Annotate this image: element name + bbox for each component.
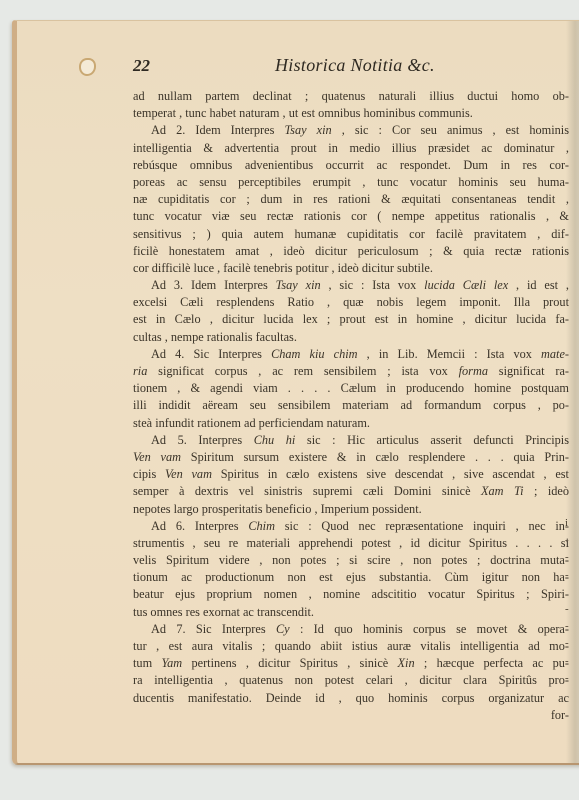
line-text: excelsi Cæli resplendens Ratio , quæ nob… <box>133 295 569 309</box>
italic-term: Cham kiu chim <box>271 347 358 361</box>
line-text: tum <box>133 656 161 670</box>
text-line: est in Cælo , dicitur lucida lex ; prout… <box>133 311 569 328</box>
text-line: Ad 3. Idem Interpres Tsay xin , sic : Is… <box>133 277 569 294</box>
text-line: ducentis manifestatio. Deinde id , quo h… <box>133 690 569 707</box>
line-text: nepotes largo prosperitatis beneficio , … <box>133 502 422 516</box>
line-text: ; ideò <box>524 484 569 498</box>
text-line: intelligentia & advertentia prout in med… <box>133 140 569 157</box>
text-line: cultas , nempe rationalis facultas. <box>133 329 569 346</box>
line-text: intelligentia & advertentia prout in med… <box>133 141 569 155</box>
margin-mark <box>565 584 579 601</box>
margin-mark: - <box>565 532 579 549</box>
line-text: sic : Hic articulus asserit defuncti Pri… <box>295 433 569 447</box>
line-text: tus omnes res exornat ac transcendit. <box>133 605 314 619</box>
line-text: , sic : Ista vox <box>321 278 425 292</box>
text-line: Ad 6. Interpres Chim sic : Quod nec repr… <box>133 518 569 535</box>
text-line: ficilè honestatem amat , ideò dicitur pe… <box>133 243 569 260</box>
line-text: cipis <box>133 467 165 481</box>
line-text: Ad 5. Interpres <box>151 433 254 447</box>
italic-term: Chim <box>248 519 275 533</box>
italic-term: lucida Cæli lex <box>424 278 508 292</box>
text-line: Ven vam Spiritum sursum existere & in cæ… <box>133 449 569 466</box>
line-text: Ad 3. Idem Interpres <box>151 278 276 292</box>
line-text: Spiritum sursum existere & in cælo respl… <box>181 450 569 464</box>
margin-mark: - <box>565 601 579 618</box>
text-line: Ad 2. Idem Interpres Tsay xin , sic : Co… <box>133 122 569 139</box>
text-line: steà infundit rationem ad perficiendam n… <box>133 415 569 432</box>
margin-mark: - <box>565 670 579 687</box>
text-line: temperat , tunc habet naturam , ut est o… <box>133 105 569 122</box>
text-line: tionum ac productionum non est ejus subs… <box>133 569 569 586</box>
line-text: est in Cælo , dicitur lucida lex ; prout… <box>133 312 569 326</box>
italic-term: mate- <box>541 347 569 361</box>
line-text: rebúsque omnibus advenientibus occurrit … <box>133 158 569 172</box>
italic-term: Xin <box>398 656 415 670</box>
text-line: beatur ejus proprium nomen , nomine adsc… <box>133 586 569 603</box>
line-text: illi indidit aëream seu sensibilem mater… <box>133 398 569 412</box>
line-text: sic : Quod nec repræsentatione inquiri ,… <box>275 519 569 533</box>
text-line: rebúsque omnibus advenientibus occurrit … <box>133 157 569 174</box>
line-text: Ad 4. Sic Interpres <box>151 347 271 361</box>
margin-mark: - <box>565 549 579 566</box>
italic-term: Ven vam <box>133 450 181 464</box>
line-text: Ad 6. Interpres <box>151 519 248 533</box>
text-line: ad nullam partem declinat ; quatenus nat… <box>133 88 569 105</box>
text-line: Ad 5. Interpres Chu hi sic : Hic articul… <box>133 432 569 449</box>
line-text: cor difficilè luce , facilè tenebris pot… <box>133 261 433 275</box>
line-text: cultas , nempe rationalis facultas. <box>133 330 297 344</box>
italic-term: Tsay xin <box>276 278 321 292</box>
text-line: sensitivus ; ) quia autem humanæ cupidit… <box>133 226 569 243</box>
margin-mark: - <box>565 635 579 652</box>
text-line: tus omnes res exornat ac transcendit. <box>133 604 569 621</box>
text-line: ra intelligentia , quatenus non potest c… <box>133 672 569 689</box>
margin-mark: i <box>565 515 579 532</box>
line-text: , sic : Cor seu animus , est hominis <box>332 123 569 137</box>
line-text: Ad 7. Sic Interpres <box>151 622 276 636</box>
line-text: beatur ejus proprium nomen , nomine adsc… <box>133 587 569 601</box>
line-text: tunc vocatur viæ seu rectæ rationis cor … <box>133 209 569 223</box>
line-text: pertinens , dicitur Spiritus , sinicè <box>182 656 397 670</box>
text-line: for- <box>133 707 569 724</box>
text-line: ria significat corpus , ac rem sensibile… <box>133 363 569 380</box>
line-text: Ad 2. Idem Interpres <box>151 123 284 137</box>
italic-term: Ven vam <box>165 467 212 481</box>
italic-term: Cy <box>276 622 290 636</box>
margin-mark: - <box>565 618 579 635</box>
line-text: significat corpus , ac rem sensibilem ; … <box>147 364 458 378</box>
body-text: ad nullam partem declinat ; quatenus nat… <box>133 88 569 724</box>
text-line: cipis Ven vam Spiritus in cælo existens … <box>133 466 569 483</box>
line-text: temperat , tunc habet naturam , ut est o… <box>133 106 473 120</box>
text-line: næ cupiditatis cor ; dum in res rationi … <box>133 191 569 208</box>
text-line: poreas ac sensu perceptibiles erumpit , … <box>133 174 569 191</box>
text-line: nepotes largo prosperitatis beneficio , … <box>133 501 569 518</box>
line-text: ra intelligentia , quatenus non potest c… <box>133 673 569 687</box>
margin-mark: - <box>565 653 579 670</box>
line-text: for- <box>551 708 569 722</box>
line-text: poreas ac sensu perceptibiles erumpit , … <box>133 175 569 189</box>
text-line: tunc vocatur viæ seu rectæ rationis cor … <box>133 208 569 225</box>
line-text: , id est , <box>508 278 569 292</box>
running-title: Historica Notitia &c. <box>275 55 435 76</box>
italic-term: Xam Ti <box>481 484 524 498</box>
text-line: semper à dextris vel sinistris supremi c… <box>133 483 569 500</box>
line-text: , in Lib. Memcii : Ista vox <box>358 347 541 361</box>
margin-bleed-marks: i-------- <box>565 515 579 687</box>
text-line: tionem , & agendi viam . . . . Cælum in … <box>133 380 569 397</box>
italic-term: forma <box>459 364 488 378</box>
line-text: velis Spiritum videre , non potes ; si s… <box>133 553 569 567</box>
line-text: tionum ac productionum non est ejus subs… <box>133 570 569 584</box>
page-number: 22 <box>133 56 150 76</box>
text-line: strumentis , seu re materiali apprehendi… <box>133 535 569 552</box>
margin-mark: - <box>565 567 579 584</box>
page-header: 22 Historica Notitia &c. <box>133 56 553 78</box>
line-text: tur , est aura vitalis ; quando abiit is… <box>133 639 569 653</box>
line-text: : Id quo hominis corpus se movet & opera… <box>290 622 569 636</box>
line-text: Spiritus in cælo existens sive descendat… <box>212 467 569 481</box>
line-text: semper à dextris vel sinistris supremi c… <box>133 484 481 498</box>
line-text: tionem , & agendi viam . . . . Cælum in … <box>133 381 569 395</box>
line-text: significat ra- <box>488 364 569 378</box>
line-text: ducentis manifestatio. Deinde id , quo h… <box>133 691 569 705</box>
line-text: strumentis , seu re materiali apprehendi… <box>133 536 569 550</box>
text-line: velis Spiritum videre , non potes ; si s… <box>133 552 569 569</box>
text-line: excelsi Cæli resplendens Ratio , quæ nob… <box>133 294 569 311</box>
line-text: ad nullam partem declinat ; quatenus nat… <box>133 89 569 103</box>
line-text: ; hæcque perfecta ac pu- <box>415 656 569 670</box>
text-line: Ad 7. Sic Interpres Cy : Id quo hominis … <box>133 621 569 638</box>
text-line: Ad 4. Sic Interpres Cham kiu chim , in L… <box>133 346 569 363</box>
text-line: tum Yam pertinens , dicitur Spiritus , s… <box>133 655 569 672</box>
italic-term: Chu hi <box>254 433 296 447</box>
line-text: næ cupiditatis cor ; dum in res rationi … <box>133 192 569 206</box>
book-page: 22 Historica Notitia &c. ad nullam parte… <box>12 20 579 765</box>
line-text: sensitivus ; ) quia autem humanæ cupidit… <box>133 227 569 241</box>
line-text: ficilè honestatem amat , ideò dicitur pe… <box>133 244 569 258</box>
paper-damage-hole <box>79 58 96 76</box>
text-line: illi indidit aëream seu sensibilem mater… <box>133 397 569 414</box>
italic-term: Tsay xin <box>284 123 331 137</box>
italic-term: ria <box>133 364 147 378</box>
text-line: tur , est aura vitalis ; quando abiit is… <box>133 638 569 655</box>
text-line: cor difficilè luce , facilè tenebris pot… <box>133 260 569 277</box>
line-text: steà infundit rationem ad perficiendam n… <box>133 416 370 430</box>
italic-term: Yam <box>161 656 182 670</box>
